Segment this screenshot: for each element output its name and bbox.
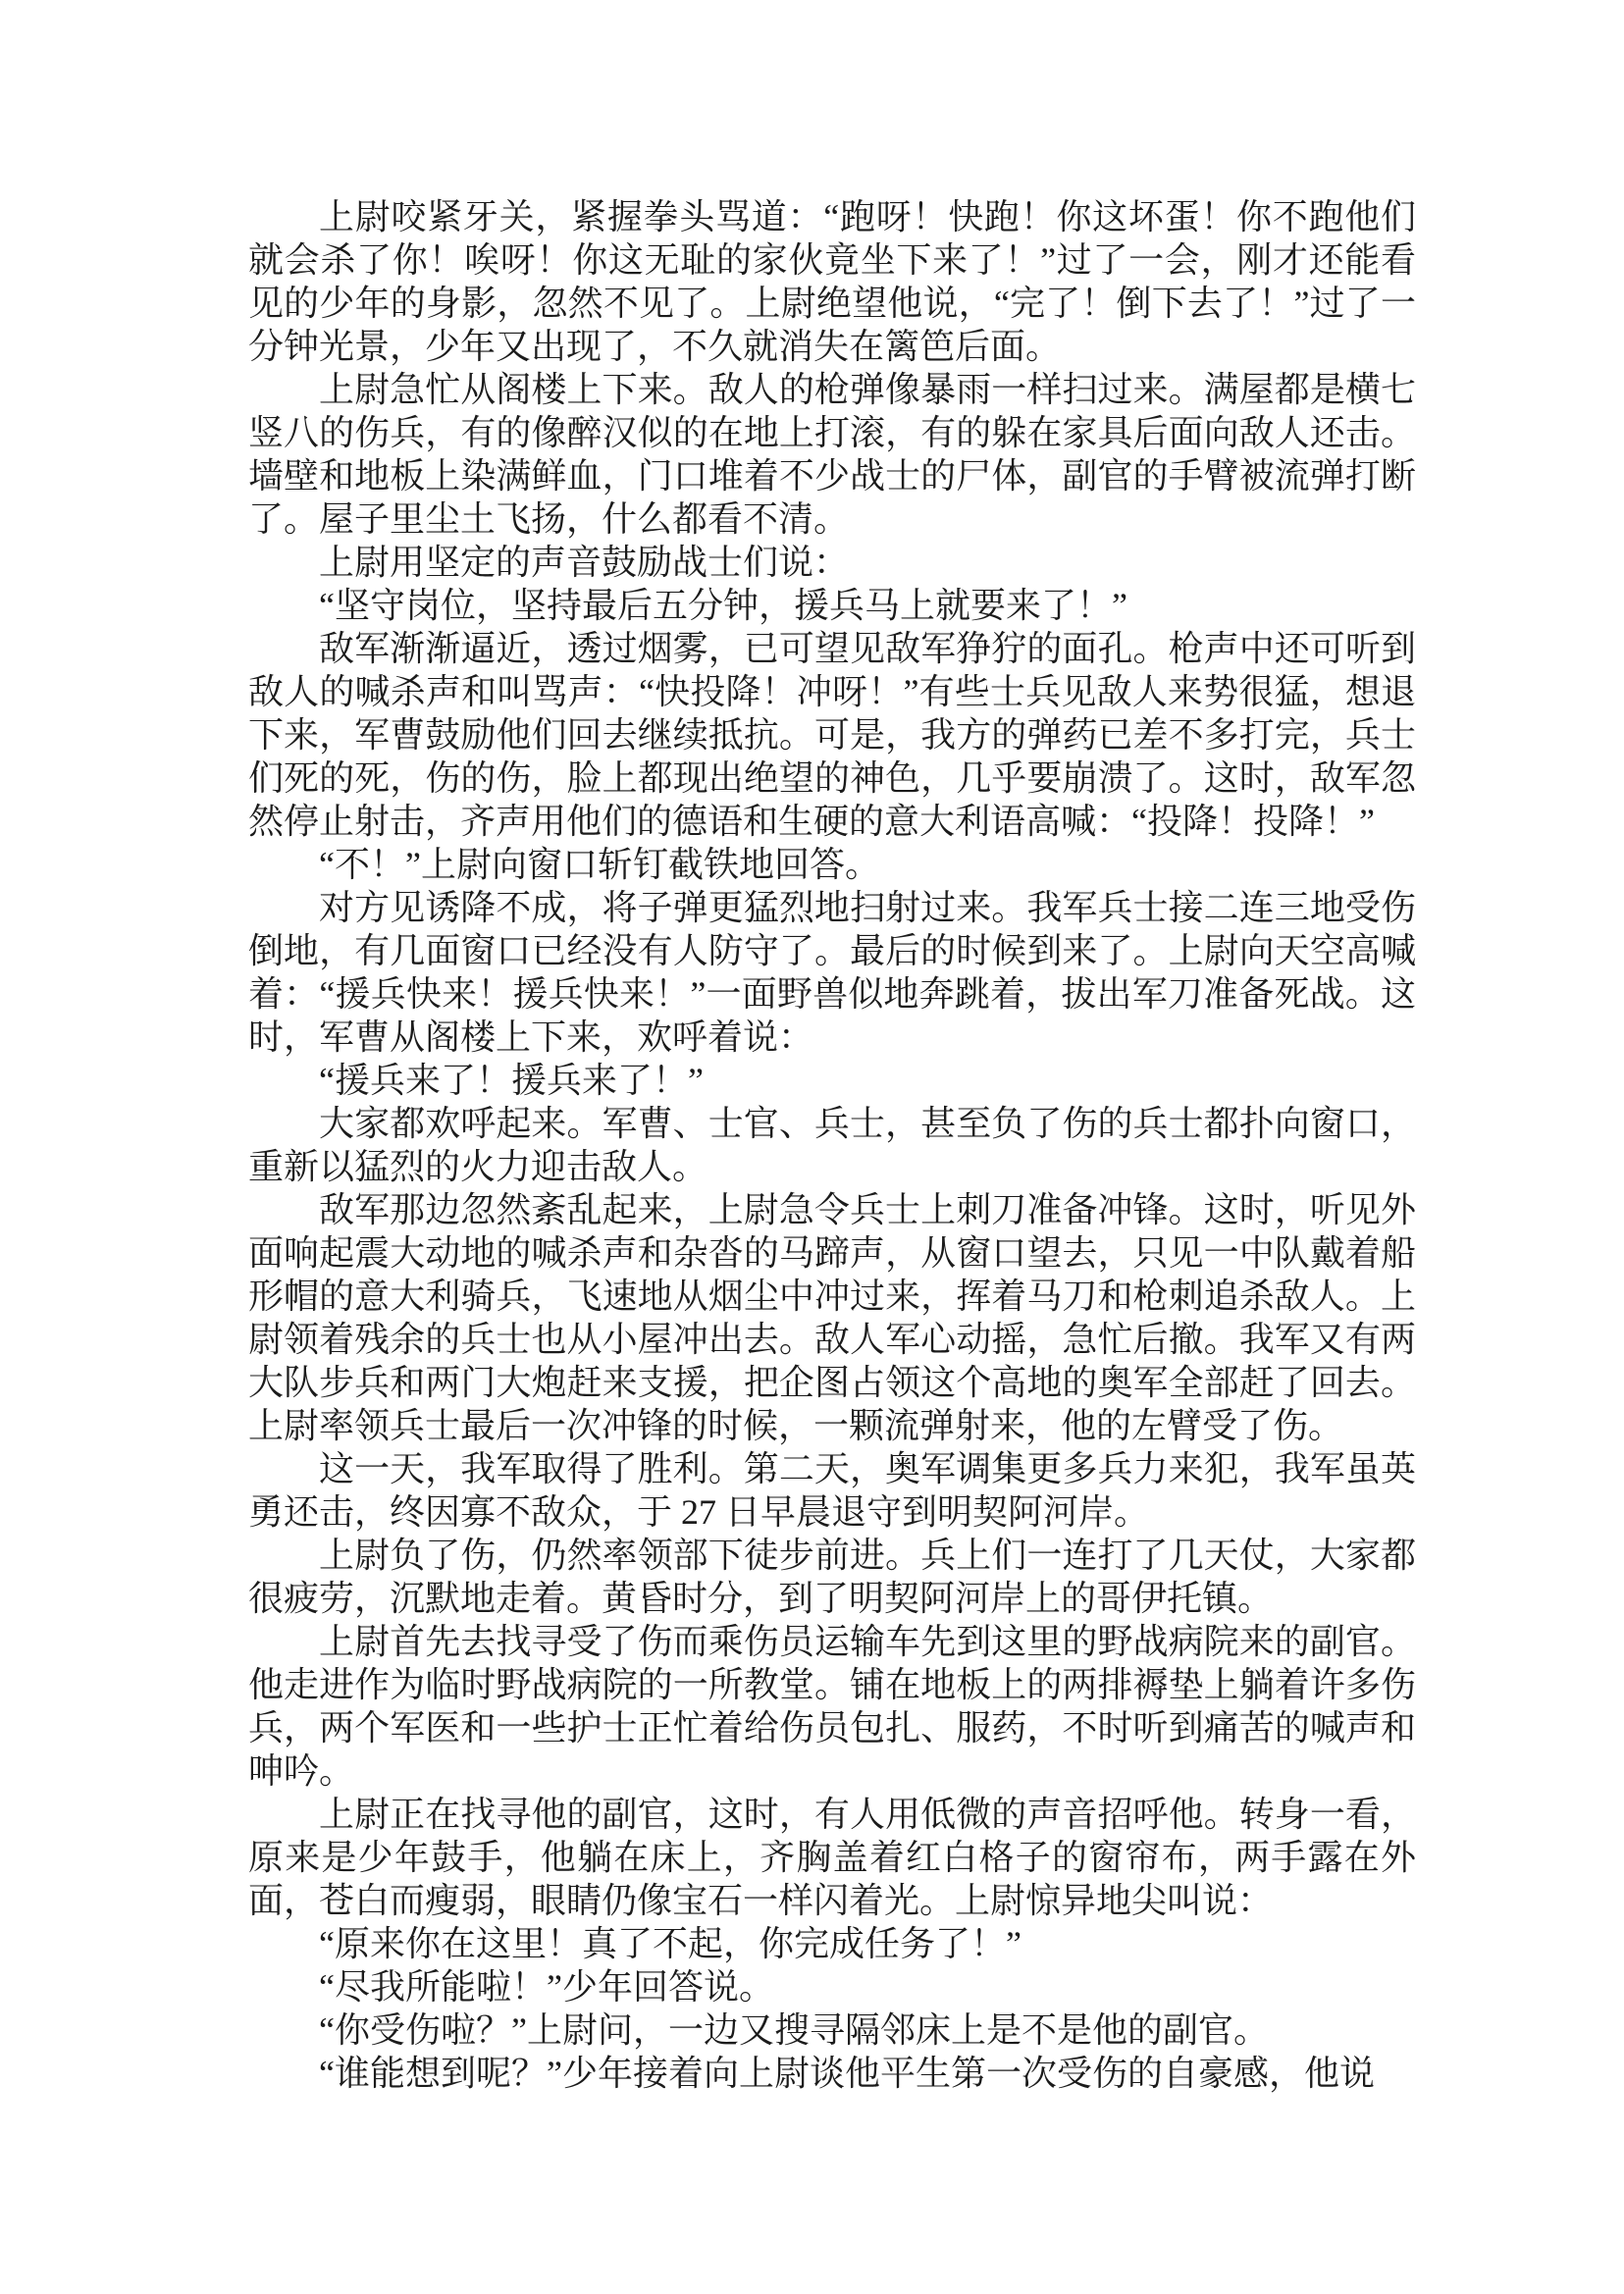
paragraph: 上尉急忙从阁楼上下来。敌人的枪弹像暴雨一样扫过来。满屋都是横七竖八的伤兵，有的像… [248,368,1416,541]
paragraph: 上尉正在找寻他的副官，这时，有人用低微的声音招呼他。转身一看，原来是少年鼓手，他… [248,1793,1416,1922]
paragraph: “坚守岗位，坚持最后五分钟，援兵马上就要来了！” [248,584,1416,627]
paragraph: 敌军那边忽然紊乱起来，上尉急令兵士上刺刀准备冲锋。这时，听见外面响起震大动地的喊… [248,1188,1416,1447]
paragraph: 敌军渐渐逼近，透过烟雾，已可望见敌军狰狞的面孔。枪声中还可听到敌人的喊杀声和叫骂… [248,627,1416,843]
paragraph: 大家都欢呼起来。军曹、士官、兵士，甚至负了伤的兵士都扑向窗口，重新以猛烈的火力迎… [248,1102,1416,1188]
paragraph: “援兵来了！援兵来了！” [248,1059,1416,1102]
paragraph: 上尉咬紧牙关，紧握拳头骂道：“跑呀！快跑！你这坏蛋！你不跑他们就会杀了你！唉呀！… [248,195,1416,368]
paragraph: “不！”上尉向窗口斩钉截铁地回答。 [248,843,1416,886]
paragraph: 这一天，我军取得了胜利。第二天，奥军调集更多兵力来犯，我军虽英勇还击，终因寡不敌… [248,1447,1416,1534]
paragraph: 上尉负了伤，仍然率领部下徒步前进。兵上们一连打了几天仗，大家都很疲劳，沉默地走着… [248,1534,1416,1620]
paragraph: “原来你在这里！真了不起，你完成任务了！” [248,1922,1416,1965]
document-page: 上尉咬紧牙关，紧握拳头骂道：“跑呀！快跑！你这坏蛋！你不跑他们就会杀了你！唉呀！… [0,0,1624,2294]
paragraph: 对方见诱降不成，将子弹更猛烈地扫射过来。我军兵士接二连三地受伤倒地，有几面窗口已… [248,886,1416,1059]
paragraph: 上尉用坚定的声音鼓励战士们说： [248,541,1416,584]
paragraph: “谁能想到呢？”少年接着向上尉谈他平生第一次受伤的自豪感，他说 [248,2052,1416,2095]
paragraph: 上尉首先去找寻受了伤而乘伤员运输车先到这里的野战病院来的副官。他走进作为临时野战… [248,1620,1416,1793]
body-text-column: 上尉咬紧牙关，紧握拳头骂道：“跑呀！快跑！你这坏蛋！你不跑他们就会杀了你！唉呀！… [248,195,1416,2095]
paragraph: “尽我所能啦！”少年回答说。 [248,1965,1416,2008]
paragraph: “你受伤啦？”上尉问，一边又搜寻隔邻床上是不是他的副官。 [248,2008,1416,2052]
